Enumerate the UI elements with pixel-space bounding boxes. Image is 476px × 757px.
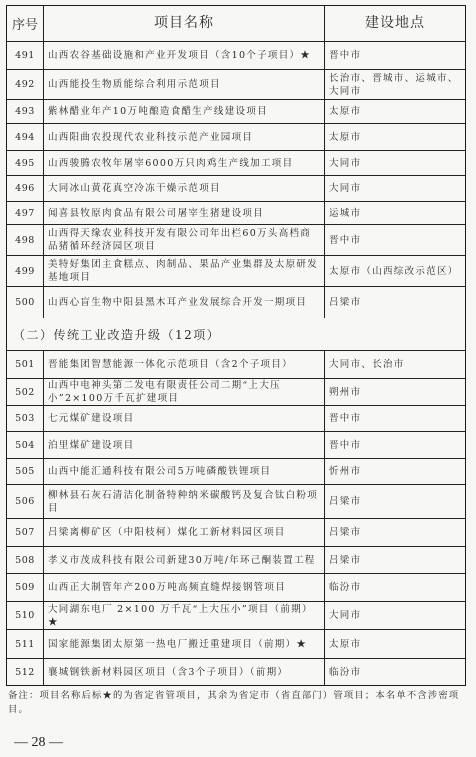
row-seq: 510: [7, 602, 44, 629]
table-row: 499美特好集团主食糕点、肉制品、果品产业集群及太原研发基地项目太原市（山西综改…: [7, 256, 465, 287]
header-location: 建设地点: [325, 6, 465, 41]
row-seq: 491: [7, 42, 44, 69]
row-seq: 494: [7, 124, 44, 150]
row-name: 大同冰山黄花真空冷冻干燥示范项目: [44, 176, 325, 201]
row-name: 吕梁离柳矿区（中阳枝柯）煤化工新材料园区项目: [44, 519, 325, 546]
row-name: 孝义市茂成科技有限公司新建30万吨/年环己酮装置工程: [44, 547, 325, 573]
row-name: 山西正大制管年产200万吨高频直缝焊接钢管项目: [44, 574, 325, 601]
table-row: 496大同冰山黄花真空冷冻干燥示范项目大同市: [7, 176, 465, 202]
table-row: 502山西中电神头第二发电有限责任公司二期“上大压小”2×100万千瓦扩建项目朔…: [7, 379, 465, 406]
table-row: 494山西阳曲农投现代农业科技示范产业园项目太原市: [7, 124, 465, 151]
row-location: 吕梁市: [325, 485, 465, 518]
row-seq: 493: [7, 100, 44, 123]
table-header: 序号 项目名称 建设地点: [7, 6, 465, 42]
row-name: 晋能集团智慧能源一体化示范项目（含2个子项目）: [44, 351, 325, 378]
row-location: 大同市: [325, 602, 465, 629]
table-row: 503七元煤矿建设项目晋中市: [7, 406, 465, 432]
table-row: 491山西农谷基础设施和产业开发项目（含10个子项目）★晋中市: [7, 42, 465, 70]
section-heading: （二）传统工业改造升级（12项）: [7, 318, 465, 351]
table-row: 510大同湖东电厂 2×100 万千瓦“上大压小”项目（前期）★大同市: [7, 602, 465, 630]
row-seq: 509: [7, 574, 44, 601]
row-seq: 504: [7, 432, 44, 458]
row-location: 吕梁市: [325, 519, 465, 546]
row-seq: 505: [7, 459, 44, 484]
row-seq: 501: [7, 351, 44, 378]
row-seq: 497: [7, 202, 44, 224]
row-location: 忻州市: [325, 459, 465, 484]
row-name: 襄城钢铁新材料园区项目（含3个子项目）（前期）: [44, 659, 325, 685]
table-row: 492山西能投生物质能综合利用示范项目长治市、晋城市、运城市、大同市: [7, 70, 465, 100]
row-seq: 492: [7, 70, 44, 99]
row-name: 山西农谷基础设施和产业开发项目（含10个子项目）★: [44, 42, 325, 69]
header-name: 项目名称: [44, 6, 325, 41]
table-row: 507吕梁离柳矿区（中阳枝柯）煤化工新材料园区项目吕梁市: [7, 519, 465, 547]
row-seq: 511: [7, 630, 44, 658]
row-location: 吕梁市: [325, 547, 465, 573]
row-seq: 495: [7, 151, 44, 175]
row-seq: 512: [7, 659, 44, 685]
table-row: 497闻喜县牧原肉食品有限公司屠宰生猪建设项目运城市: [7, 202, 465, 225]
row-name: 大同湖东电厂 2×100 万千瓦“上大压小”项目（前期）★: [44, 602, 325, 629]
table-row: 495山西骏腾农牧年屠宰6000万只肉鸡生产线加工项目大同市: [7, 151, 465, 176]
row-name: 七元煤矿建设项目: [44, 406, 325, 431]
table-row: 501晋能集团智慧能源一体化示范项目（含2个子项目）大同市、长治市: [7, 351, 465, 379]
project-table: 序号 项目名称 建设地点 491山西农谷基础设施和产业开发项目（含10个子项目）…: [6, 5, 466, 686]
row-name: 山西能投生物质能综合利用示范项目: [44, 70, 325, 99]
table-row: 504泊里煤矿建设项目晋中市: [7, 432, 465, 459]
row-seq: 499: [7, 256, 44, 286]
row-seq: 496: [7, 176, 44, 201]
row-name: 山西中电神头第二发电有限责任公司二期“上大压小”2×100万千瓦扩建项目: [44, 379, 325, 405]
row-location: 临汾市: [325, 659, 465, 685]
row-location: 吕梁市: [325, 287, 465, 318]
row-seq: 498: [7, 225, 44, 255]
row-name: 泊里煤矿建设项目: [44, 432, 325, 458]
row-location: 晋中市: [325, 406, 465, 431]
table-row: 506柳林县石灰石清洁化制备特种纳米碳酸钙及复合钛白粉项目吕梁市: [7, 485, 465, 519]
row-name: 柳林县石灰石清洁化制备特种纳米碳酸钙及复合钛白粉项目: [44, 485, 325, 518]
row-location: 长治市、晋城市、运城市、大同市: [325, 70, 465, 99]
row-name: 闻喜县牧原肉食品有限公司屠宰生猪建设项目: [44, 202, 325, 224]
row-location: 晋中市: [325, 42, 465, 69]
row-seq: 500: [7, 287, 44, 318]
table-row: 500山西心盲生物中阳县黑木耳产业发展综合开发一期项目吕梁市: [7, 287, 465, 318]
table-row: 498山西得天缘农业科技开发有限公司年出栏60万头高档商品猪循环经济园区项目晋中…: [7, 225, 465, 256]
row-seq: 506: [7, 485, 44, 518]
row-name: 山西阳曲农投现代农业科技示范产业园项目: [44, 124, 325, 150]
row-location: 大同市、长治市: [325, 351, 465, 378]
page-number: — 28 —: [14, 735, 63, 751]
row-name: 紫林醋业年产10万吨酿造食醋生产线建设项目: [44, 100, 325, 123]
row-location: 运城市: [325, 202, 465, 224]
row-location: 大同市: [325, 151, 465, 175]
row-location: 太原市: [325, 124, 465, 150]
row-location: 晋中市: [325, 225, 465, 255]
row-location: 晋中市: [325, 432, 465, 458]
row-location: 太原市（山西综改示范区）: [325, 256, 465, 286]
row-location: 朔州市: [325, 379, 465, 405]
footnote: 备注：项目名称后标★的为省定省管项目，其余为省定市（省直部门）管项目；本名单不含…: [8, 689, 470, 717]
row-seq: 507: [7, 519, 44, 546]
row-name: 国家能源集团太原第一热电厂搬迁重建项目（前期）★: [44, 630, 325, 658]
row-seq: 502: [7, 379, 44, 405]
header-seq: 序号: [7, 6, 44, 41]
table-body-part1: 491山西农谷基础设施和产业开发项目（含10个子项目）★晋中市492山西能投生物…: [7, 42, 465, 318]
row-name: 山西心盲生物中阳县黑木耳产业发展综合开发一期项目: [44, 287, 325, 318]
row-location: 临汾市: [325, 574, 465, 601]
row-name: 美特好集团主食糕点、肉制品、果品产业集群及太原研发基地项目: [44, 256, 325, 286]
row-seq: 508: [7, 547, 44, 573]
table-row: 508孝义市茂成科技有限公司新建30万吨/年环己酮装置工程吕梁市: [7, 547, 465, 574]
table-row: 493紫林醋业年产10万吨酿造食醋生产线建设项目太原市: [7, 100, 465, 124]
row-location: 太原市: [325, 630, 465, 658]
row-name: 山西得天缘农业科技开发有限公司年出栏60万头高档商品猪循环经济园区项目: [44, 225, 325, 255]
table-body-part2: 501晋能集团智慧能源一体化示范项目（含2个子项目）大同市、长治市502山西中电…: [7, 351, 465, 685]
row-name: 山西中能汇通科技有限公司5万吨磷酸铁锂项目: [44, 459, 325, 484]
row-name: 山西骏腾农牧年屠宰6000万只肉鸡生产线加工项目: [44, 151, 325, 175]
row-seq: 503: [7, 406, 44, 431]
row-location: 大同市: [325, 176, 465, 201]
table-row: 512襄城钢铁新材料园区项目（含3个子项目）（前期）临汾市: [7, 659, 465, 685]
table-row: 511国家能源集团太原第一热电厂搬迁重建项目（前期）★太原市: [7, 630, 465, 659]
table-row: 505山西中能汇通科技有限公司5万吨磷酸铁锂项目忻州市: [7, 459, 465, 485]
table-row: 509山西正大制管年产200万吨高频直缝焊接钢管项目临汾市: [7, 574, 465, 602]
row-location: 太原市: [325, 100, 465, 123]
